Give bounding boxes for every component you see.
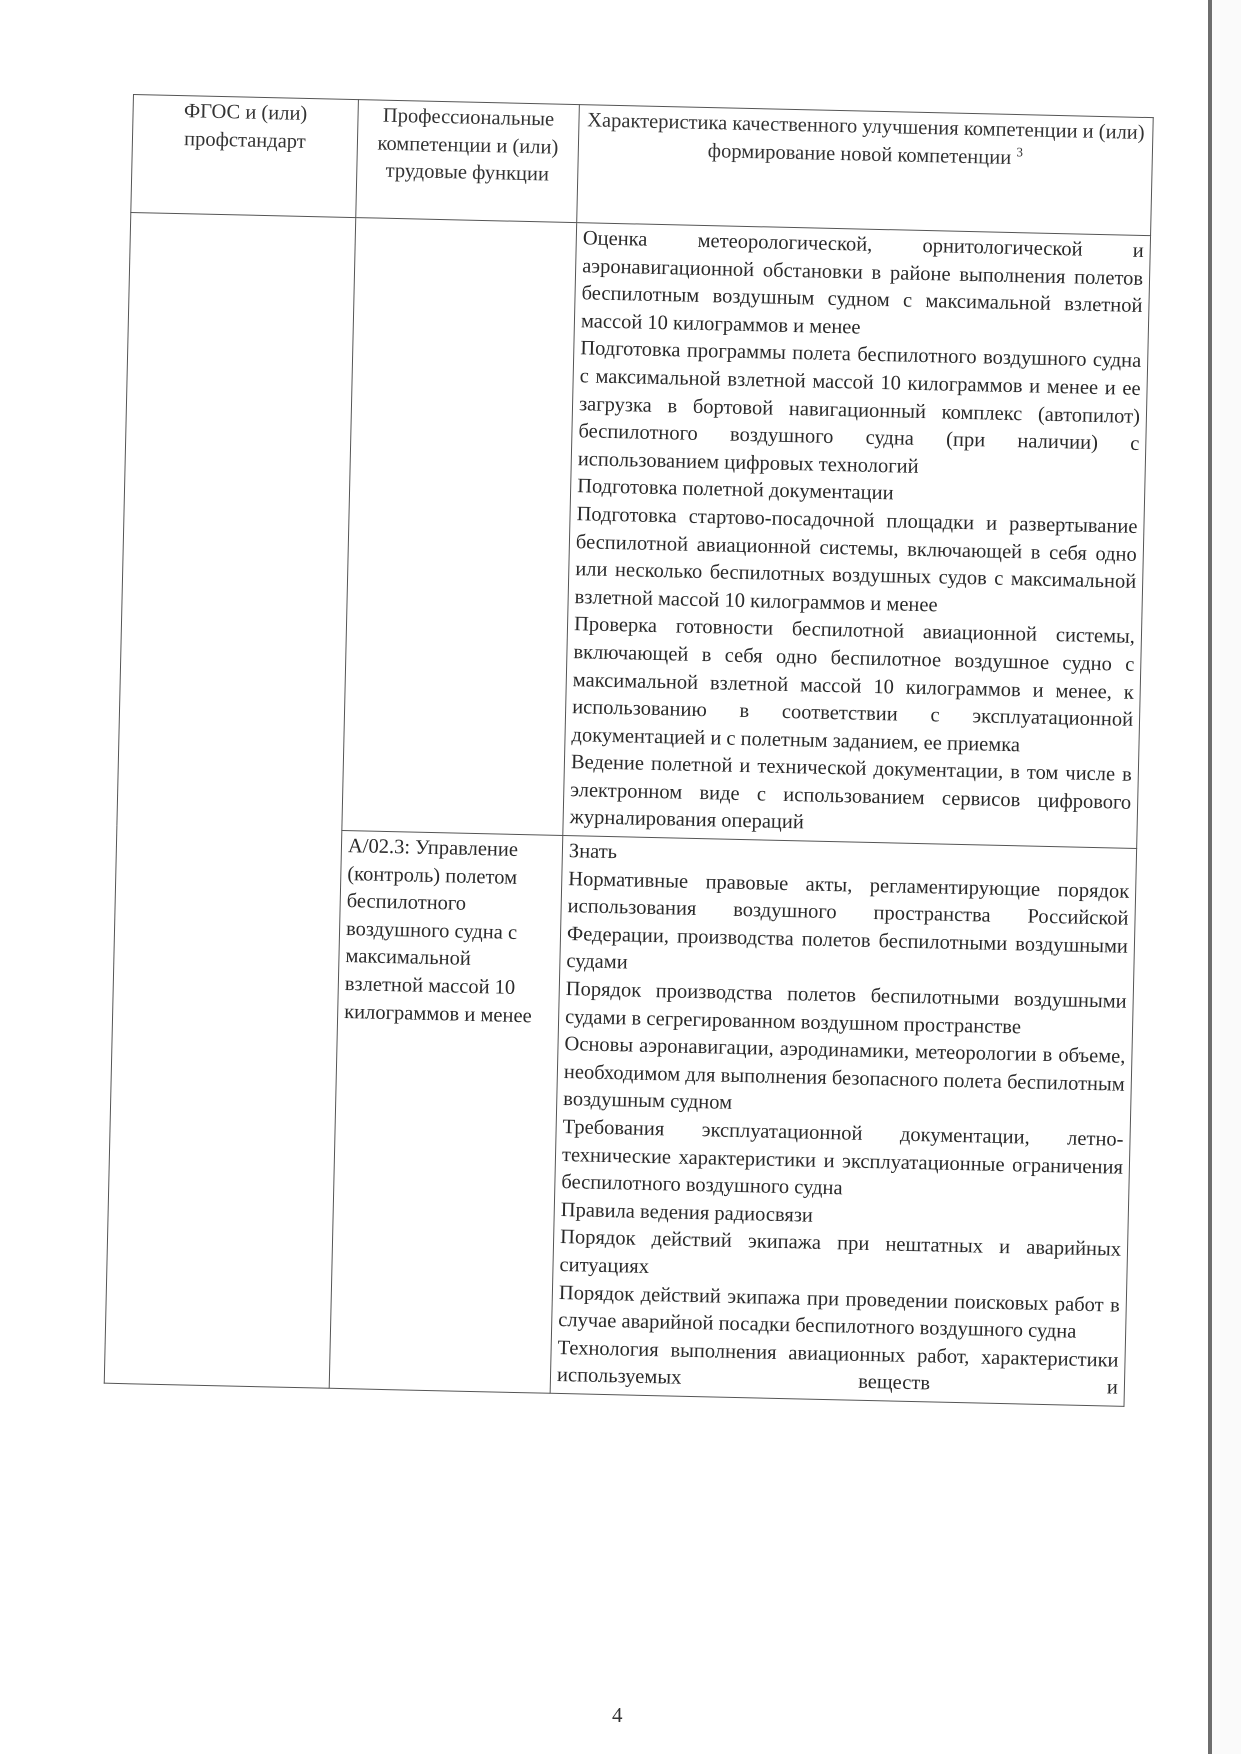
description-item: Нормативные правовые акты, регламентирую… — [566, 866, 1129, 989]
description-cell: Оценка метеорологической, орнитологическ… — [563, 223, 1151, 849]
document-page: ФГОС и (или) профстандарт Профессиональн… — [97, 94, 1153, 1701]
function-text: A/02.3: Управление (контроль) полетом бе… — [344, 835, 532, 1027]
header-standard: ФГОС и (или) профстандарт — [131, 95, 359, 218]
description-item: Подготовка стартово-посадочной площадки … — [574, 501, 1137, 624]
header-characteristic-text: Характеристика качественного улучшения к… — [587, 109, 1145, 168]
description-item: Требования эксплуатационной документации… — [561, 1114, 1124, 1209]
header-characteristic: Характеристика качественного улучшения к… — [577, 105, 1154, 236]
description-item: Основы аэронавигации, аэродинамики, мете… — [563, 1031, 1126, 1126]
header-standard-text: ФГОС и (или) профстандарт — [184, 100, 308, 152]
competency-table: ФГОС и (или) профстандарт Профессиональн… — [104, 94, 1154, 1407]
description-item: Оценка метеорологической, орнитологическ… — [581, 225, 1144, 348]
table-header-row: ФГОС и (или) профстандарт Профессиональн… — [131, 95, 1153, 236]
header-competencies: Профессиональные компетенции и (или) тру… — [356, 100, 580, 223]
description-item: Проверка готовности беспилотной авиацион… — [571, 611, 1135, 762]
header-competencies-text: Профессиональные компетенции и (или) тру… — [377, 105, 558, 186]
page-number: 4 — [612, 1703, 623, 1728]
function-cell: A/02.3: Управление (контроль) полетом бе… — [329, 830, 563, 1393]
table-row: Оценка метеорологической, орнитологическ… — [117, 212, 1151, 848]
description-item: Подготовка программы полета беспилотного… — [578, 336, 1142, 487]
scan-edge-shadow — [1212, 0, 1241, 1754]
function-cell — [342, 218, 577, 836]
description-cell: Знать Нормативные правовые акты, регламе… — [550, 836, 1137, 1407]
description-item: Технология выполнения авиационных работ,… — [557, 1335, 1119, 1403]
description-item: Ведение полетной и технической документа… — [569, 749, 1132, 844]
standard-cell — [104, 212, 356, 1388]
footnote-mark: 3 — [1016, 144, 1023, 159]
